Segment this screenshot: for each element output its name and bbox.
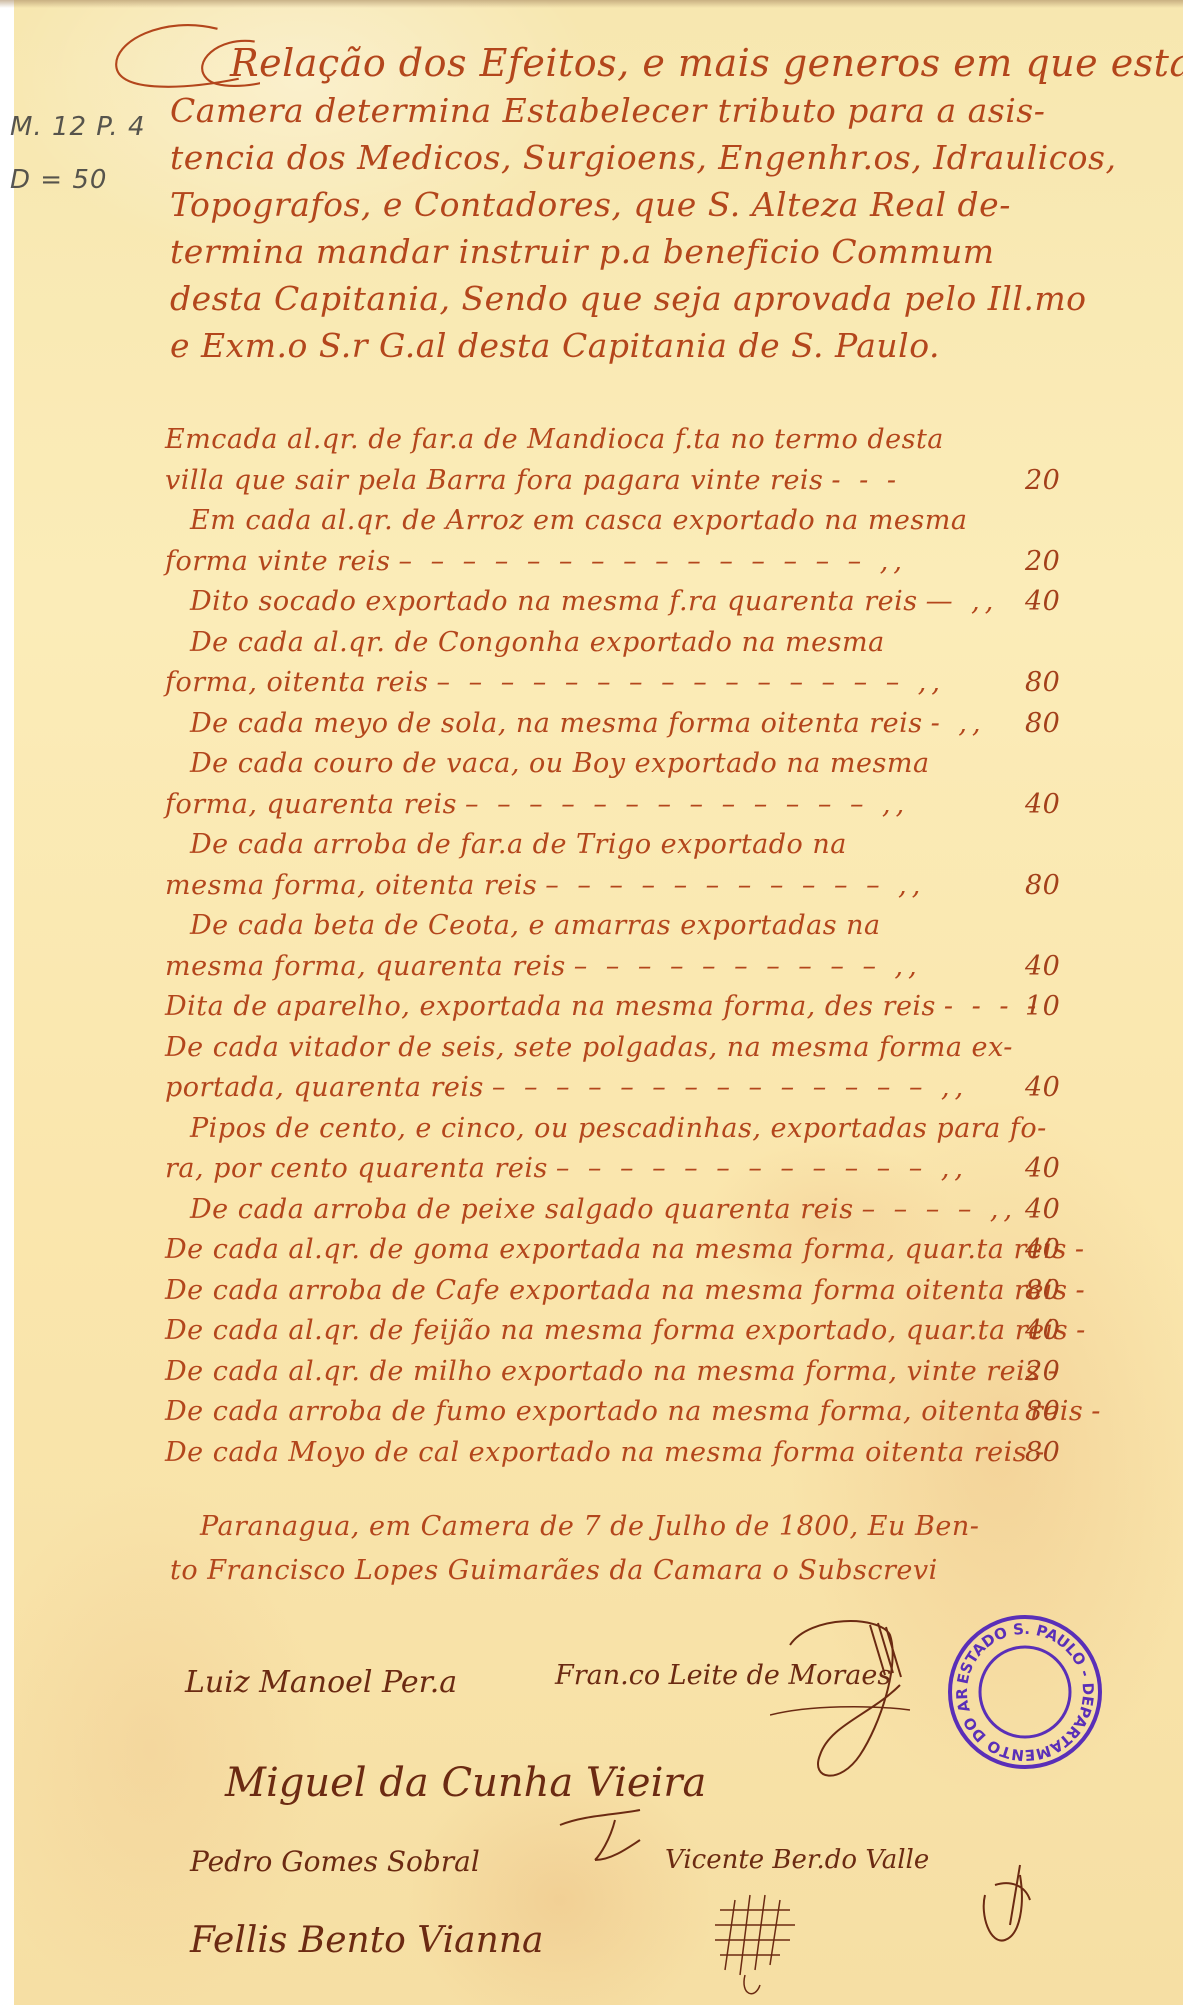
entry-line: Em cada al.qr. de Arroz em casca exporta… xyxy=(165,501,1125,542)
archive-reference-note: M. 12 P. 4 xyxy=(10,112,145,142)
entry-amount: 40 xyxy=(1025,785,1060,826)
signature-vicente-valle: Vicente Ber.do Valle xyxy=(665,1845,929,1875)
leader-dashes: — ,, xyxy=(926,582,999,623)
leader-dashes: – – – – – – – – – – – – – – – ,, xyxy=(399,542,907,583)
heading-line: desta Capitania, Sendo que seja aprovada… xyxy=(170,275,1070,322)
entry-line: De cada al.qr. de Congonha exportado na … xyxy=(165,623,1125,664)
heading-line: Topografos, e Contadores, que S. Alteza … xyxy=(170,181,1070,228)
rubric-scribble-icon xyxy=(555,1805,645,1865)
closing-line-scribe: to Francisco Lopes Guimarães da Camara o… xyxy=(170,1549,1100,1593)
entry-line: De cada al.qr. de milho exportado na mes… xyxy=(165,1352,1125,1393)
entry-amount: 10 xyxy=(1025,987,1060,1028)
entry-line: De cada arroba de far.a de Trigo exporta… xyxy=(165,825,1125,866)
entry-line: portada, quarenta reis– – – – – – – – – … xyxy=(165,1068,1125,1109)
entry-line: mesma forma, oitenta reis– – – – – – – –… xyxy=(165,866,1125,907)
entry-line: De cada couro de vaca, ou Boy exportado … xyxy=(165,744,1125,785)
leader-dashes: – – – – – – – – – – – – – – – ,, xyxy=(437,663,945,704)
heading-line: tencia dos Medicos, Surgioens, Engenhr.o… xyxy=(170,134,1070,181)
rubric-crosshatch-icon xyxy=(700,1880,810,2005)
entry-line: Emcada al.qr. de far.a de Mandioca f.ta … xyxy=(165,420,1125,461)
leader-dashes: – – – – – – – – – – ,, xyxy=(574,947,922,988)
leader-dashes: - xyxy=(1091,1392,1105,1433)
rubric-flourish-icon xyxy=(770,1605,920,1795)
entry-line: De cada beta de Ceota, e amarras exporta… xyxy=(165,906,1125,947)
leader-dashes: - - - xyxy=(831,461,901,502)
entry-line: De cada arroba de peixe salgado quarenta… xyxy=(165,1190,1125,1231)
entry-amount: 80 xyxy=(1025,866,1060,907)
entry-amount: 40 xyxy=(1025,582,1060,623)
entry-line: forma, quarenta reis– – – – – – – – – – … xyxy=(165,785,1125,826)
entry-amount: 20 xyxy=(1025,542,1060,583)
leader-dashes: – – – – ,, xyxy=(862,1190,1018,1231)
signature-miguel-cunha: Miguel da Cunha Vieira xyxy=(225,1760,706,1806)
entry-amount: 40 xyxy=(1025,1311,1060,1352)
entry-amount: 20 xyxy=(1025,1352,1060,1393)
signature-fellis-bento: Fellis Bento Vianna xyxy=(190,1920,543,1961)
entry-line: forma, oitenta reis– – – – – – – – – – –… xyxy=(165,663,1125,704)
entry-line: De cada meyo de sola, na mesma forma oit… xyxy=(165,704,1125,745)
leader-dashes: – – – – – – – – – – – ,, xyxy=(545,866,925,907)
entry-line: Dito socado exportado na mesma f.ra quar… xyxy=(165,582,1125,623)
entry-line: Pipos de cento, e cinco, ou pescadinhas,… xyxy=(165,1109,1125,1150)
leader-dashes: – – – – – – – – – – – – ,, xyxy=(556,1149,968,1190)
entry-amount: 40 xyxy=(1025,947,1060,988)
signature-pedro-gomes: Pedro Gomes Sobral xyxy=(190,1845,480,1878)
leader-dashes: – – – – – – – – – – – – – – ,, xyxy=(492,1068,968,1109)
entry-line: ra, por cento quarenta reis– – – – – – –… xyxy=(165,1149,1125,1190)
leader-dashes: - xyxy=(1076,1311,1090,1352)
entry-line: De cada al.qr. de feijão na mesma forma … xyxy=(165,1311,1125,1352)
archive-stamp-icon: ESTADO S. PAULO - DEPARTAMENTO DO ARCHIV… xyxy=(945,1612,1105,1772)
entry-line: mesma forma, quarenta reis– – – – – – – … xyxy=(165,947,1125,988)
leader-dashes: - ,, xyxy=(931,704,986,745)
leader-dashes: - xyxy=(1075,1230,1089,1271)
leader-dashes: - xyxy=(1075,1271,1089,1312)
entry-line: De cada vitador de seis, sete polgadas, … xyxy=(165,1028,1125,1069)
entry-amount: 80 xyxy=(1025,1271,1060,1312)
entry-line: Dita de aparelho, exportada na mesma for… xyxy=(165,987,1125,1028)
entry-amount: 40 xyxy=(1025,1068,1060,1109)
tax-entries-list: Emcada al.qr. de far.a de Mandioca f.ta … xyxy=(165,420,1125,1473)
entry-line: villa que sair pela Barra fora pagara vi… xyxy=(165,461,1125,502)
rubric-cross-icon xyxy=(970,1855,1040,1955)
document-heading: Relação dos Efeitos, e mais generos em q… xyxy=(170,40,1070,369)
entry-amount: 80 xyxy=(1025,663,1060,704)
heading-line: e Exm.o S.r G.al desta Capitania de S. P… xyxy=(170,322,1070,369)
entry-line: De cada arroba de fumo exportado na mesm… xyxy=(165,1392,1125,1433)
entry-line: De cada Moyo de cal exportado na mesma f… xyxy=(165,1433,1125,1474)
entry-amount: 40 xyxy=(1025,1149,1060,1190)
entry-amount: 40 xyxy=(1025,1230,1060,1271)
entry-line: De cada arroba de Cafe exportada na mesm… xyxy=(165,1271,1125,1312)
entry-amount: 80 xyxy=(1025,1433,1060,1474)
signature-luiz-manoel: Luiz Manoel Per.a xyxy=(185,1665,457,1700)
entry-amount: 20 xyxy=(1025,461,1060,502)
entry-amount: 80 xyxy=(1025,704,1060,745)
leader-dashes: – – – – – – – – – – – – – ,, xyxy=(465,785,909,826)
heading-line: termina mandar instruir p.a beneficio Co… xyxy=(170,228,1070,275)
closing-statement: Paranagua, em Camera de 7 de Julho de 18… xyxy=(200,1505,1100,1593)
closing-line-place-date: Paranagua, em Camera de 7 de Julho de 18… xyxy=(200,1505,1100,1549)
manuscript-page: M. 12 P. 4 D = 50 Relação dos Efeitos, e… xyxy=(0,0,1183,2005)
entry-amount: 40 xyxy=(1025,1190,1060,1231)
entry-line: De cada al.qr. de goma exportada na mesm… xyxy=(165,1230,1125,1271)
heading-line: Relação dos Efeitos, e mais generos em q… xyxy=(170,40,1070,87)
archive-document-number: D = 50 xyxy=(10,165,107,195)
entry-line: forma vinte reis– – – – – – – – – – – – … xyxy=(165,542,1125,583)
entry-amount: 80 xyxy=(1025,1392,1060,1433)
heading-line: Camera determina Estabelecer tributo par… xyxy=(170,87,1070,134)
